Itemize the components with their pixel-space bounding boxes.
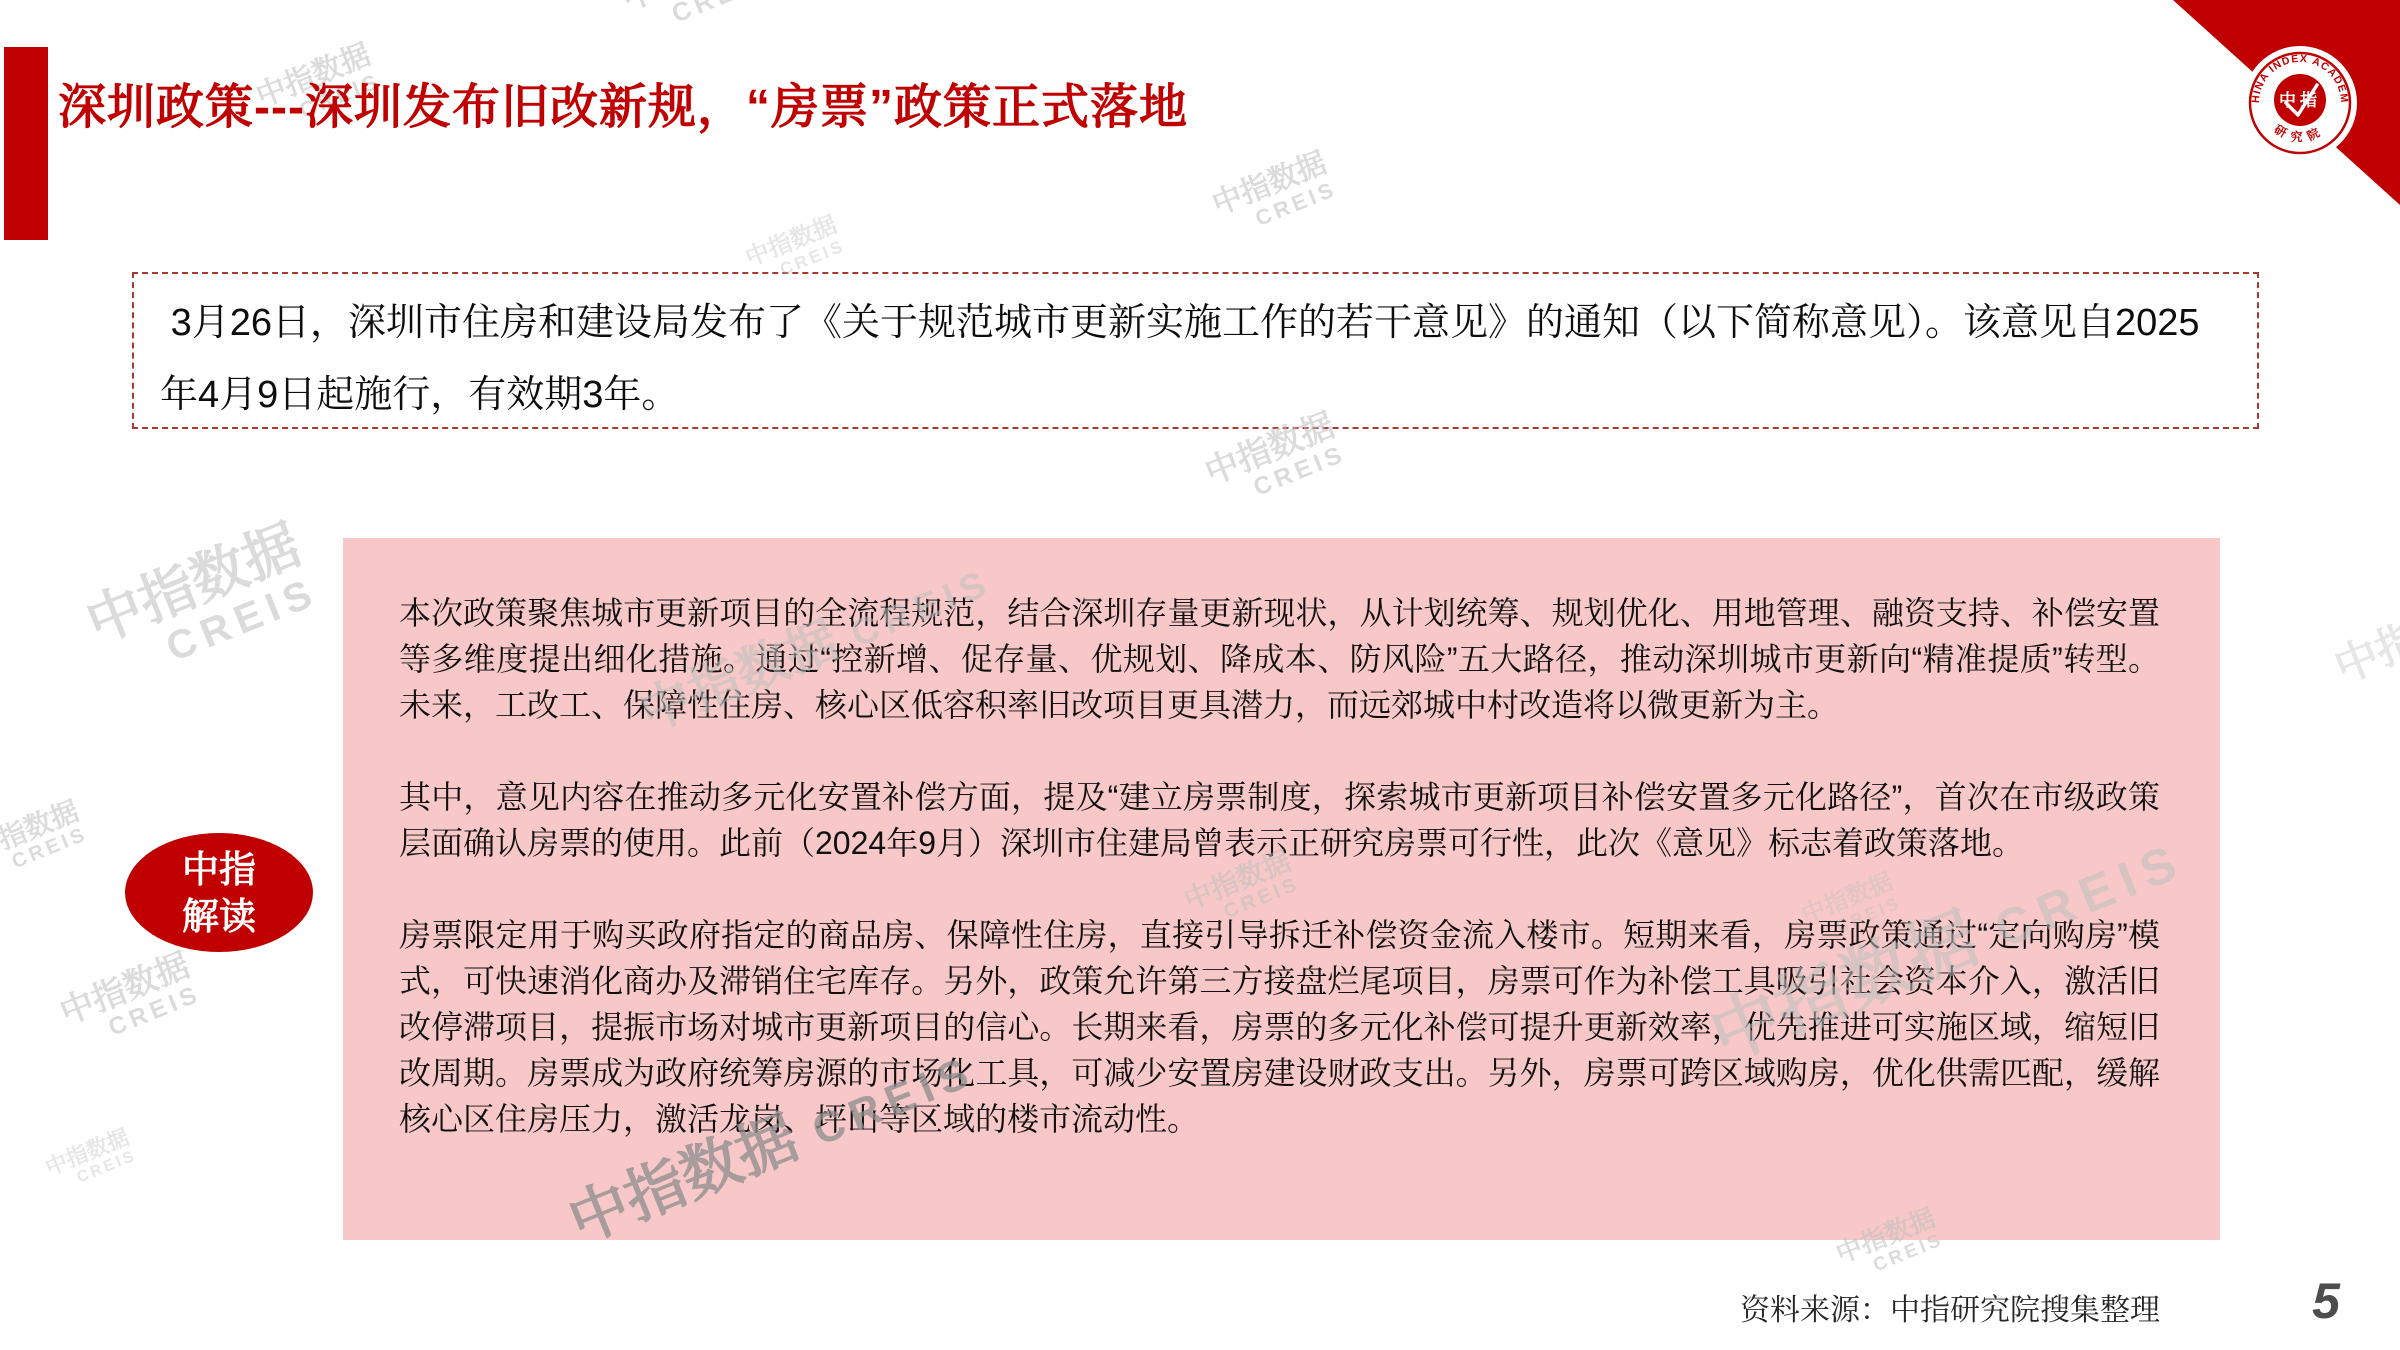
watermark: 中指数据CREIS: [55, 947, 205, 1057]
left-accent-bar: [4, 47, 48, 240]
intro-text: 3月26日，深圳市住房和建设局发布了《关于规范城市更新实施工作的若干意见》的通知…: [134, 274, 2257, 431]
page-title: 深圳政策---深圳发布旧改新规，“房票”政策正式落地: [58, 68, 1958, 137]
intro-highlight-box: 3月26日，深圳市住房和建设局发布了《关于规范城市更新实施工作的若干意见》的通知…: [132, 272, 2259, 429]
analysis-panel: 本次政策聚焦城市更新项目的全流程规范，结合深圳存量更新现状，从计划统筹、规划优化…: [343, 538, 2220, 1240]
page-number: 5: [2296, 1272, 2356, 1330]
watermark: 中指数据CREIS: [2328, 530, 2400, 692]
badge-line1: 中指: [182, 846, 256, 893]
watermark: 中指数据CREIS: [78, 514, 325, 694]
watermark: 中指数据CREIS: [0, 796, 91, 886]
zhongzhi-interpretation-badge: 中指 解读: [125, 833, 313, 952]
source-note: 资料来源：中指研究院搜集整理: [1740, 1285, 2160, 1329]
analysis-paragraph: 本次政策聚焦城市更新项目的全流程规范，结合深圳存量更新现状，从计划统筹、规划优化…: [399, 590, 2160, 728]
watermark: 中指数据CREIS: [1208, 147, 1340, 244]
badge-line2: 解读: [182, 893, 256, 940]
watermark: 中指数据CREIS: [615, 0, 774, 44]
china-index-academy-logo: CHINA INDEX ACADEMY 中指 研究院: [2242, 45, 2358, 161]
analysis-paragraph: 其中，意见内容在推动多元化安置补偿方面，提及“建立房票制度，探索城市更新项目补偿…: [399, 774, 2160, 866]
watermark: 中指数据CREIS: [42, 1125, 139, 1196]
analysis-paragraph: 房票限定用于购买政府指定的商品房、保障性住房，直接引导拆迁补偿资金流入楼市。短期…: [399, 912, 2160, 1142]
logo-center-text: 中指: [2279, 90, 2321, 110]
slide: 深圳政策---深圳发布旧改新规，“房票”政策正式落地 CHINA INDEX A…: [0, 0, 2400, 1350]
